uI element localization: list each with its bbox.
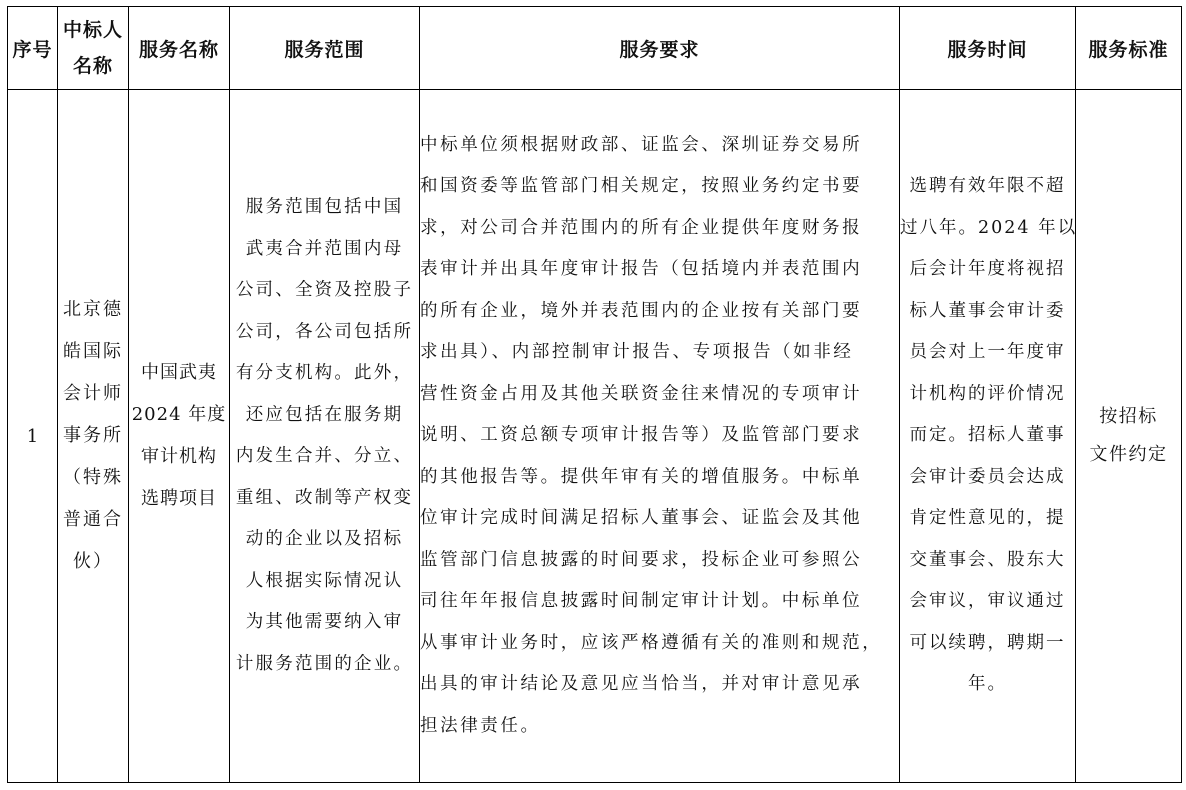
header-no: 序号 bbox=[8, 7, 58, 90]
header-service-standard: 服务标准 bbox=[1076, 7, 1182, 90]
header-row: 序号 中标人 名称 服务名称 服务范围 服务要求 服务时间 服务标准 bbox=[8, 7, 1182, 90]
header-service-scope: 服务范围 bbox=[230, 7, 420, 90]
cell-service-requirements: 中标单位须根据财政部、证监会、深圳证券交易所 和国资委等监管部门相关规定，按照业… bbox=[420, 90, 900, 783]
cell-service-name: 中国武夷 2024 年度 审计机构 选聘项目 bbox=[129, 90, 230, 783]
header-service-requirements: 服务要求 bbox=[420, 7, 900, 90]
cell-service-scope: 服务范围包括中国 武夷合并范围内母 公司、全资及控股子 公司，各公司包括所 有分… bbox=[230, 90, 420, 783]
table-row: 1 北京德 皓国际 会计师 事务所 （特殊 普通合 伙） 中国武夷 2024 年… bbox=[8, 90, 1182, 783]
header-service-time: 服务时间 bbox=[900, 7, 1076, 90]
cell-service-standard: 按招标 文件约定 bbox=[1076, 90, 1182, 783]
header-winner-line1: 中标人 bbox=[58, 12, 128, 48]
header-winner: 中标人 名称 bbox=[58, 7, 129, 90]
bid-service-table: 序号 中标人 名称 服务名称 服务范围 服务要求 服务时间 服务标准 1 北京德… bbox=[7, 6, 1182, 783]
cell-winner-name: 北京德 皓国际 会计师 事务所 （特殊 普通合 伙） bbox=[58, 90, 129, 783]
header-winner-line2: 名称 bbox=[58, 48, 128, 84]
cell-no: 1 bbox=[8, 90, 58, 783]
header-service-name: 服务名称 bbox=[129, 7, 230, 90]
cell-service-time: 选聘有效年限不超 过八年。2024 年以 后会计年度将视招 标人董事会审计委 员… bbox=[900, 90, 1076, 783]
